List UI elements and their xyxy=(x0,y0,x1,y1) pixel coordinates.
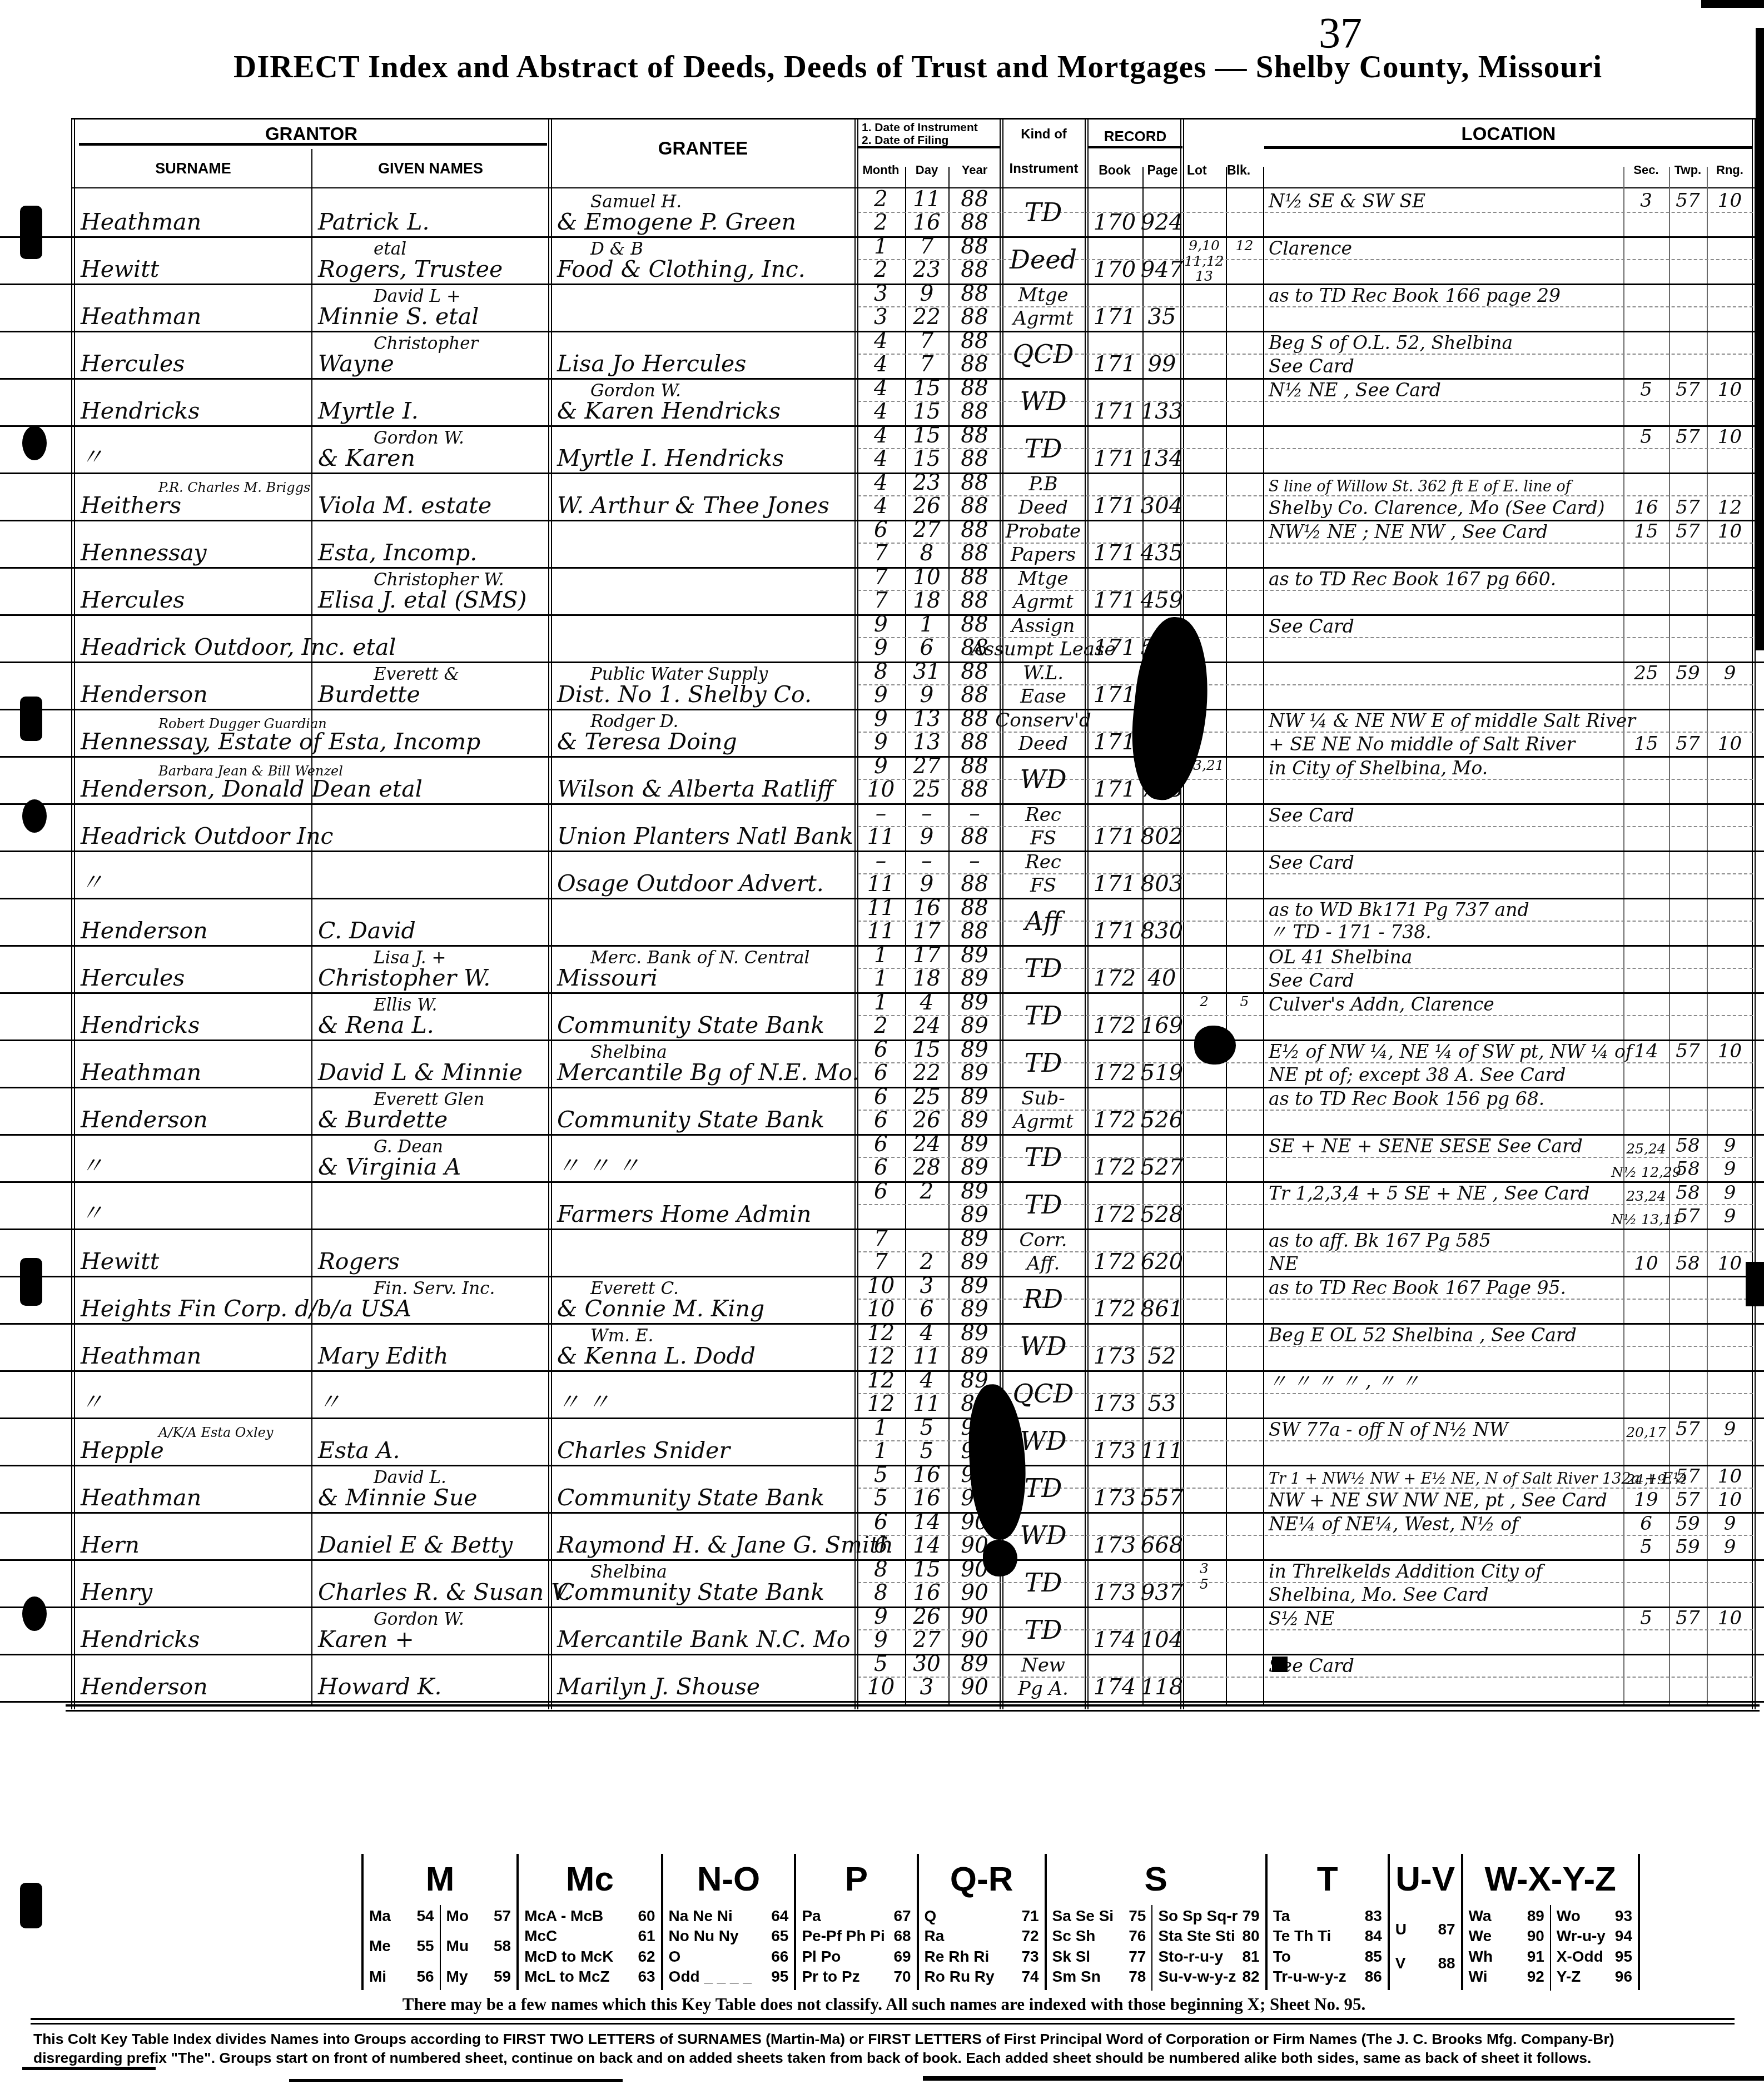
key-item-label: Ta xyxy=(1273,1906,1290,1926)
record-book: 172 xyxy=(1088,1205,1141,1227)
date-filing-day xyxy=(906,1205,947,1227)
key-item-number: 93 xyxy=(1615,1906,1632,1926)
twp-l1: 57 xyxy=(1670,1465,1706,1488)
table-row: HeathmanPatrick L.Samuel H.& Emogene P. … xyxy=(0,189,1764,238)
kind-of-instrument-line1: Corr. xyxy=(1002,1228,1085,1251)
grantor-given: Wayne xyxy=(312,355,554,377)
key-item-number: 68 xyxy=(893,1926,911,1946)
key-item-number: 56 xyxy=(416,1967,434,1987)
key-item-number: 94 xyxy=(1615,1926,1632,1946)
table-row: Heights Fin Corp. d/b/a USAFin. Serv. In… xyxy=(0,1276,1764,1325)
key-item-label: So Sp Sq-r xyxy=(1158,1906,1238,1926)
record-page: 557 xyxy=(1144,1489,1180,1511)
key-item-label: U xyxy=(1395,1919,1407,1939)
date-filing-year: 88 xyxy=(950,402,1000,424)
key-item-label: Mu xyxy=(446,1936,469,1956)
date-instrument-month: 4 xyxy=(858,331,904,354)
key-item-number: 81 xyxy=(1243,1947,1260,1967)
grantee: Farmers Home Admin xyxy=(551,1205,860,1227)
date-filing-day: 26 xyxy=(906,1111,947,1133)
table-bottom-rule-1 xyxy=(66,1704,1760,1707)
date-filing-year: 90 xyxy=(950,1583,1000,1605)
key-item-label: Mi xyxy=(369,1967,386,1987)
date-instrument-year: 89 xyxy=(950,992,1000,1015)
record-book: 172 xyxy=(1088,1300,1141,1322)
kind-of-instrument: TD xyxy=(1002,1134,1085,1180)
key-item: Wh91 xyxy=(1469,1947,1544,1967)
date-instrument-year: 88 xyxy=(950,283,1000,306)
date-instrument-year: 88 xyxy=(950,236,1000,259)
date-instrument-year: 88 xyxy=(950,898,1000,921)
date-instrument-month: 4 xyxy=(858,378,904,401)
grantor-surname: 〃 xyxy=(75,874,314,897)
key-item-number: 64 xyxy=(771,1906,788,1926)
record-book: 171 xyxy=(1088,638,1141,660)
twp-l2: 57 xyxy=(1670,496,1706,519)
key-group-no: N-ONa Ne Ni64No Nu Ny65O66Odd _ _ _ _95 xyxy=(663,1854,797,1990)
key-item-number: 82 xyxy=(1243,1967,1260,1987)
key-item-number: 84 xyxy=(1365,1926,1382,1946)
date-instrument-year: 88 xyxy=(950,614,1000,637)
date-instrument-year: 88 xyxy=(950,425,1000,448)
date-filing-year: 88 xyxy=(950,922,1000,944)
key-item-label: Sta Ste Sti xyxy=(1158,1926,1235,1946)
key-item-number: 95 xyxy=(1615,1947,1632,1967)
twp-l1: 57 xyxy=(1670,1606,1706,1629)
key-item: U87 xyxy=(1395,1919,1455,1939)
date-filing-month: 4 xyxy=(858,449,904,471)
table-row: HenryCharles R. & Susan V.ShelbinaCommun… xyxy=(0,1559,1764,1608)
key-item: Sm Sn78 xyxy=(1052,1967,1146,1987)
date-instrument-month: – xyxy=(858,850,904,873)
header-lot: Lot xyxy=(1184,163,1228,178)
date-instrument-day: 26 xyxy=(906,1606,947,1629)
grantor-given: Elisa J. etal (SMS) xyxy=(312,591,554,613)
location-line1: Beg S of O.L. 52, Shelbina xyxy=(1264,331,1627,354)
location-line1: Beg E OL 52 Shelbina , See Card xyxy=(1264,1323,1627,1346)
date-instrument-day: 3 xyxy=(906,1276,947,1299)
key-item-number: 83 xyxy=(1365,1906,1382,1926)
date-filing-month: 7 xyxy=(858,1252,904,1275)
kind-of-instrument-line2: FS xyxy=(1002,827,1085,849)
record-book: 171 xyxy=(1088,307,1141,330)
record-book: 172 xyxy=(1088,1252,1141,1275)
date-instrument-day: 7 xyxy=(906,236,947,259)
rng-l1: 10 xyxy=(1708,1465,1752,1488)
date-instrument-month: 12 xyxy=(858,1370,904,1393)
date-filing-year: 90 xyxy=(950,1630,1000,1653)
location-line1: SW 77a - off N of N½ NW xyxy=(1264,1417,1627,1440)
record-page: 830 xyxy=(1144,922,1180,944)
key-item-label: Ma xyxy=(369,1906,391,1926)
date-instrument-day: 2 xyxy=(906,1181,947,1204)
header-date-note-2: 2. Date of Filing xyxy=(862,134,1001,147)
kind-of-instrument: TD xyxy=(1002,189,1085,235)
date-instrument-day: 15 xyxy=(906,425,947,448)
table-row: HendersonEverett Glen& BurdetteCommunity… xyxy=(0,1087,1764,1136)
key-item-label: Pr to Pz xyxy=(802,1967,859,1987)
grantee: Community State Bank xyxy=(551,1016,860,1038)
header-blk: Blk. xyxy=(1227,163,1262,178)
record-book: 171 xyxy=(1088,685,1141,708)
header-book: Book xyxy=(1088,163,1141,178)
grantor-surname: Henderson xyxy=(75,685,314,708)
ink-blot xyxy=(1194,1026,1236,1065)
record-book: 172 xyxy=(1088,969,1141,991)
date-instrument-month: 9 xyxy=(858,1606,904,1629)
record-page: 526 xyxy=(1144,1111,1180,1133)
date-filing-month: 5 xyxy=(858,1489,904,1511)
key-item-label: O xyxy=(669,1947,681,1967)
location-line1: N½ SE & SW SE xyxy=(1264,189,1627,212)
grantor-given: Burdette xyxy=(312,685,554,708)
key-item: Wr-u-y94 xyxy=(1557,1926,1632,1946)
grantor-surname: Hennessay xyxy=(75,544,314,566)
record-book: 171 xyxy=(1088,449,1141,471)
key-item-label: McD to McK xyxy=(524,1947,613,1967)
grantee: & Karen Hendricks xyxy=(551,402,860,424)
date-instrument-month: 12 xyxy=(858,1323,904,1346)
key-group-columns: Ma54Me55Mi56Mo57Mu58My59 xyxy=(364,1905,516,1990)
table-row: HeathmanDavid L.& Minnie SueCommunity St… xyxy=(0,1465,1764,1514)
key-item: Sa Se Si75 xyxy=(1052,1906,1146,1926)
record-book: 173 xyxy=(1088,1536,1141,1558)
date-instrument-month: 9 xyxy=(858,614,904,637)
sec-l2: 15 xyxy=(1624,733,1668,755)
date-filing-year: 88 xyxy=(950,733,1000,755)
date-filing-year: 88 xyxy=(950,355,1000,377)
twp-l1: 58 xyxy=(1670,1134,1706,1157)
header-location: LOCATION xyxy=(1264,123,1753,145)
twp-l1: 59 xyxy=(1670,661,1706,684)
location-line1: 〃 〃 〃 〃 , 〃 〃 xyxy=(1264,1370,1627,1393)
kind-of-instrument: TD xyxy=(1002,945,1085,991)
date-filing-month: 2 xyxy=(858,260,904,282)
kind-of-instrument-line1: New xyxy=(1002,1654,1085,1677)
record-book: 171 xyxy=(1088,544,1141,566)
key-item-number: 69 xyxy=(893,1947,911,1967)
location-line1: Culver's Addn, Clarence xyxy=(1264,992,1627,1015)
date-filing-day: 6 xyxy=(906,638,947,660)
date-instrument-month: 2 xyxy=(858,189,904,212)
grantor-surname: Henry xyxy=(75,1583,314,1605)
key-item: McA - McB60 xyxy=(524,1906,655,1926)
record-book: 171 xyxy=(1088,827,1141,849)
date-instrument-month: 3 xyxy=(858,283,904,306)
location-line2: NE pt of; except 38 A. See Card xyxy=(1264,1063,1627,1086)
record-page: 947 xyxy=(1144,260,1180,282)
twp-l1: 57 xyxy=(1670,520,1706,543)
key-item: To85 xyxy=(1273,1947,1382,1967)
table-row: HennessayEsta, Incomp.627887888ProbatePa… xyxy=(0,520,1764,569)
table-row: HerculesChristopherWayneLisa Jo Hercules… xyxy=(0,331,1764,380)
grantee: Raymond H. & Jane G. Smith xyxy=(551,1536,860,1558)
key-item: X-Odd95 xyxy=(1557,1947,1632,1967)
scan-artifact xyxy=(22,2067,156,2070)
grantor-given: 〃 xyxy=(312,1394,554,1416)
date-instrument-day: 15 xyxy=(906,1039,947,1062)
ink-blot xyxy=(1272,1657,1288,1672)
date-filing-month: 1 xyxy=(858,1441,904,1464)
kind-of-instrument: TD xyxy=(1002,1181,1085,1227)
date-instrument-month: 5 xyxy=(858,1465,904,1488)
grantor-given: Esta A. xyxy=(312,1441,554,1464)
grantee: Mercantile Bg of N.E. Mo. xyxy=(551,1063,860,1086)
key-item: Q71 xyxy=(925,1906,1039,1926)
date-instrument-year: 89 xyxy=(950,1181,1000,1204)
date-instrument-day: 14 xyxy=(906,1512,947,1535)
grantee: Community State Bank xyxy=(551,1111,860,1133)
date-filing-month: 7 xyxy=(858,591,904,613)
key-column: Pa67Pe-Pf Ph Pi68Pl Po69Pr to Pz70 xyxy=(796,1905,916,1991)
date-filing-day: 7 xyxy=(906,355,947,377)
grantor-given: & Karen xyxy=(312,449,554,471)
location-line1: NW ¼ & NE NW E of middle Salt River xyxy=(1264,709,1627,732)
rng-l1: 9 xyxy=(1708,1181,1752,1204)
table-row: HerculesChristopher W.Elisa J. etal (SMS… xyxy=(0,567,1764,616)
sec-l1: 25 xyxy=(1624,661,1668,684)
key-item: Pe-Pf Ph Pi68 xyxy=(802,1926,911,1946)
date-instrument-year: 88 xyxy=(950,709,1000,732)
record-page: 40 xyxy=(1144,969,1180,991)
header-month: Month xyxy=(854,163,907,177)
key-item: Wa89 xyxy=(1469,1906,1544,1926)
record-page: 519 xyxy=(1144,1063,1180,1086)
date-filing-year: 89 xyxy=(950,1063,1000,1086)
date-instrument-day: – xyxy=(906,850,947,873)
key-item-number: 65 xyxy=(771,1926,788,1946)
date-filing-month: 9 xyxy=(858,638,904,660)
key-item: Ma54 xyxy=(369,1906,434,1926)
grantor-given: Rogers xyxy=(312,1252,554,1275)
date-filing-year: 89 xyxy=(950,1158,1000,1180)
date-instrument-day xyxy=(906,1228,947,1251)
key-column: Ta83Te Th Ti84To85Tr-u-w-y-z86 xyxy=(1268,1905,1388,1991)
sec-l1: 3 xyxy=(1624,189,1668,212)
location-line1: N½ NE , See Card xyxy=(1264,378,1627,401)
grantee: Osage Outdoor Advert. xyxy=(551,874,860,897)
kind-of-instrument-line1: Sub- xyxy=(1002,1087,1085,1110)
key-item-number: 85 xyxy=(1365,1947,1382,1967)
key-item: V88 xyxy=(1395,1953,1455,1973)
key-group-columns: Sa Se Si75Sc Sh76Sk Sl77Sm Sn78So Sp Sq-… xyxy=(1047,1905,1265,1991)
key-item-number: 90 xyxy=(1527,1926,1544,1946)
key-item-label: McC xyxy=(524,1926,557,1946)
header-day: Day xyxy=(906,163,947,177)
grantor-surname: Heathman xyxy=(75,1489,314,1511)
sec-l2: N½ 13,11 xyxy=(1624,1205,1668,1227)
record-underline xyxy=(1088,146,1182,148)
grantor-surname: Henderson xyxy=(75,1678,314,1700)
table-row: Headrick Outdoor, Inc. etal91889688Assig… xyxy=(0,614,1764,663)
location-line2: NE xyxy=(1264,1252,1627,1275)
grantor-given: & Virginia A xyxy=(312,1158,554,1180)
grantee: 〃 〃 〃 xyxy=(551,1158,860,1180)
scan-artifact xyxy=(289,2079,623,2082)
key-item-label: Sm Sn xyxy=(1052,1967,1101,1987)
date-filing-month: 10 xyxy=(858,1300,904,1322)
date-filing-day: 3 xyxy=(906,1678,947,1700)
date-filing-year: 88 xyxy=(950,307,1000,330)
date-filing-year: 88 xyxy=(950,591,1000,613)
location-line2: See Card xyxy=(1264,355,1627,377)
date-filing-month: 6 xyxy=(858,1063,904,1086)
kind-of-instrument: Aff xyxy=(1002,898,1085,944)
kind-of-instrument-line2: Deed xyxy=(1002,733,1085,755)
record-page: 99 xyxy=(1144,355,1180,377)
date-instrument-month: 9 xyxy=(858,756,904,779)
grantee: Charles Snider xyxy=(551,1441,860,1464)
grantor-surname: Heathman xyxy=(75,213,314,235)
key-group-letter: W-X-Y-Z xyxy=(1463,1854,1638,1905)
date-instrument-year: 88 xyxy=(950,331,1000,354)
location-line2: Shelbina, Mo. See Card xyxy=(1264,1583,1627,1605)
sec-l1: 25,24 xyxy=(1624,1134,1668,1157)
rng-l1: 9 xyxy=(1708,1512,1752,1535)
grantor-surname: Hercules xyxy=(75,591,314,613)
table-row: HeathmanDavid L +Minnie S. etal398832288… xyxy=(0,283,1764,332)
grantor-surname: 〃 xyxy=(75,449,314,471)
key-item-label: Me xyxy=(369,1936,391,1956)
key-item-number: 58 xyxy=(494,1936,511,1956)
date-instrument-month: 7 xyxy=(858,1228,904,1251)
twp-l2: 57 xyxy=(1670,1489,1706,1511)
kind-of-instrument-line1: Rec xyxy=(1002,850,1085,873)
index-table-body: HeathmanPatrick L.Samuel H.& Emogene P. … xyxy=(0,189,1764,1701)
key-item-number: 55 xyxy=(416,1936,434,1956)
date-filing-month: 2 xyxy=(858,1016,904,1038)
date-filing-day: 18 xyxy=(906,969,947,991)
grantor-given: Daniel E & Betty xyxy=(312,1536,554,1558)
grantor-given: Mary Edith xyxy=(312,1347,554,1369)
key-item-label: Wr-u-y xyxy=(1557,1926,1606,1946)
date-filing-month: 11 xyxy=(858,874,904,897)
date-filing-day: 15 xyxy=(906,449,947,471)
key-item: Sto-r-u-y81 xyxy=(1158,1947,1259,1967)
kind-of-instrument: TD xyxy=(1002,1039,1085,1086)
key-group-columns: Ta83Te Th Ti84To85Tr-u-w-y-z86 xyxy=(1268,1905,1388,1991)
key-item: My59 xyxy=(446,1967,511,1987)
binder-mark xyxy=(22,799,47,833)
key-group-wxyz: W-X-Y-ZWa89We90Wh91Wi92Wo93Wr-u-y94X-Odd… xyxy=(1463,1854,1640,1990)
grantor-given: & Rena L. xyxy=(312,1016,554,1038)
twp-l1: 57 xyxy=(1670,1417,1706,1440)
date-filing-day: 23 xyxy=(906,260,947,282)
location-line2: Shelby Co. Clarence, Mo (See Card) xyxy=(1264,496,1627,519)
key-item-number: 74 xyxy=(1021,1967,1038,1987)
key-column: Na Ne Ni64No Nu Ny65O66Odd _ _ _ _95 xyxy=(663,1905,794,1991)
table-row: HendersonHoward K.Marilyn J. Shouse53089… xyxy=(0,1654,1764,1703)
grantor-surname: Henderson xyxy=(75,1111,314,1133)
rng-l2: 9 xyxy=(1708,1158,1752,1180)
location-line1: OL 41 Shelbina xyxy=(1264,945,1627,968)
date-filing-month: 3 xyxy=(858,307,904,330)
rng-l2: 10 xyxy=(1708,733,1752,755)
kind-of-instrument-line2: Assumpt Lease xyxy=(1002,638,1085,660)
scan-artifact xyxy=(1701,0,1764,8)
date-instrument-month: 6 xyxy=(858,1134,904,1157)
kind-of-instrument-line2: Ease xyxy=(1002,685,1085,708)
grantee: Wilson & Alberta Ratliff xyxy=(551,780,860,802)
key-item: So Sp Sq-r79 xyxy=(1158,1906,1259,1926)
key-group-mc: McMcA - McB60McC61McD to McK62McL to McZ… xyxy=(519,1854,663,1990)
rng-l2: 12 xyxy=(1708,496,1752,519)
date-filing-month: 8 xyxy=(858,1583,904,1605)
footer-line-2: disregarding prefix "The". Groups start … xyxy=(33,2049,1735,2068)
grantor-surname: Hercules xyxy=(75,969,314,991)
grantor-given: Patrick L. xyxy=(312,213,554,235)
date-filing-year: 88 xyxy=(950,780,1000,802)
key-column: Wa89We90Wh91Wi92 xyxy=(1463,1905,1550,1991)
date-filing-year: 88 xyxy=(950,260,1000,282)
kind-of-instrument-line1: Conserv'd xyxy=(1002,709,1085,732)
rng-l1: 10 xyxy=(1708,1606,1752,1629)
date-instrument-day: 7 xyxy=(906,331,947,354)
header-sec: Sec. xyxy=(1624,163,1668,177)
rng-l1: 10 xyxy=(1708,425,1752,448)
colt-key-table: MMa54Me55Mi56Mo57Mu58My59McMcA - McB60Mc… xyxy=(361,1854,1640,1990)
header-year: Year xyxy=(950,163,1000,177)
date-filing-month xyxy=(858,1205,904,1227)
grantee: Union Planters Natl Bank xyxy=(551,827,860,849)
kind-of-instrument-line1: Mtge xyxy=(1002,567,1085,590)
record-page: 35 xyxy=(1144,307,1180,330)
date-instrument-year: – xyxy=(950,803,1000,826)
key-item-label: Y-Z xyxy=(1557,1967,1581,1987)
grantor-given: Esta, Incomp. xyxy=(312,544,554,566)
key-group-columns: Na Ne Ni64No Nu Ny65O66Odd _ _ _ _95 xyxy=(663,1905,794,1991)
twp-l1: 57 xyxy=(1670,189,1706,212)
record-page: 527 xyxy=(1144,1158,1180,1180)
grantor-given: Howard K. xyxy=(312,1678,554,1700)
date-filing-month: 4 xyxy=(858,496,904,519)
date-instrument-month: 1 xyxy=(858,236,904,259)
record-page: 104 xyxy=(1144,1630,1180,1653)
kind-of-instrument-line2: Agrmt xyxy=(1002,307,1085,330)
date-filing-month: 6 xyxy=(858,1158,904,1180)
grantor-surname: Hern xyxy=(75,1536,314,1558)
date-filing-year: 88 xyxy=(950,449,1000,471)
key-item: Pr to Pz70 xyxy=(802,1967,911,1987)
key-item-label: Sc Sh xyxy=(1052,1926,1096,1946)
kind-of-instrument-line2: Pg A. xyxy=(1002,1678,1085,1700)
date-instrument-day: 10 xyxy=(906,567,947,590)
date-instrument-month: 6 xyxy=(858,1512,904,1535)
key-item-number: 75 xyxy=(1129,1906,1146,1926)
date-instrument-month: 6 xyxy=(858,1039,904,1062)
grantor-given: & Burdette xyxy=(312,1111,554,1133)
grantor-given: C. David xyxy=(312,922,554,944)
grantee: Mercantile Bank N.C. Mo xyxy=(551,1630,860,1653)
sec-l1: 20,17 xyxy=(1624,1417,1668,1440)
binder-mark xyxy=(22,1596,47,1631)
page-title: DIRECT Index and Abstract of Deeds, Deed… xyxy=(233,49,1529,85)
date-instrument-year: 88 xyxy=(950,520,1000,543)
rng-l1: 10 xyxy=(1708,189,1752,212)
kind-of-instrument-line1: Rec xyxy=(1002,803,1085,826)
grantor-surname: 〃 xyxy=(75,1394,314,1416)
key-item: Mo57 xyxy=(446,1906,511,1926)
key-group-uv: U-VU87V88 xyxy=(1390,1854,1463,1990)
key-column: Wo93Wr-u-y94X-Odd95Y-Z96 xyxy=(1550,1905,1638,1991)
date-filing-day: 8 xyxy=(906,544,947,566)
key-item-number: 59 xyxy=(494,1967,511,1987)
date-filing-year: 88 xyxy=(950,685,1000,708)
date-instrument-day: 11 xyxy=(906,189,947,212)
key-item-label: Ro Ru Ry xyxy=(925,1967,995,1987)
binder-mark xyxy=(20,206,42,259)
key-item-number: 67 xyxy=(893,1906,911,1926)
